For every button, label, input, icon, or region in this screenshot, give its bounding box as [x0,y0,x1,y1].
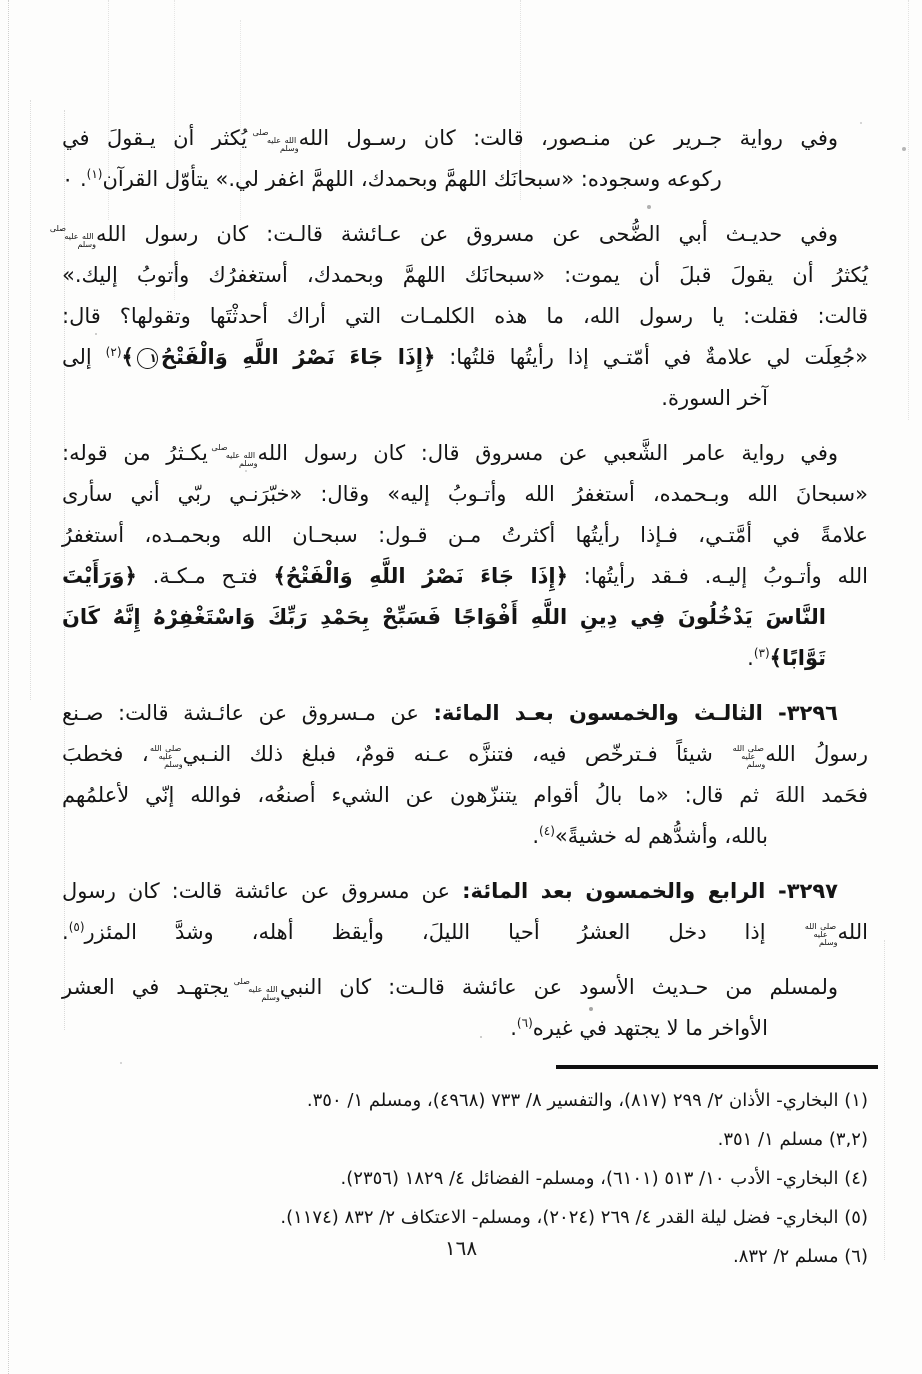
text-line: وفي حديـث أبي الضُّحى عن مسروق عن عـائشة… [62,214,868,255]
text-segment: يُكثرُ أن يقولَ قبلَ أن يموت: «سبحانَك ا… [62,263,868,287]
text-segment: يكـثرُ من قوله: [62,441,224,465]
paragraph: ٣٢٩٧- الرابع والخمسون بعد المائة: عن مسر… [62,871,868,953]
text-line: علامةً في أمَّتـي، فـإذا رأيتُها أكثرتُ … [62,515,868,556]
saw-honorific-icon: صلى الله عليه وسلم [731,745,765,769]
text-line: اللهصلى الله عليه وسلم إذا دخل العشرُ أح… [62,912,868,953]
footnote-marker: (٥) [69,920,85,934]
text-segment: إذا دخل العشرُ أحيا الليلَ، وأيقظ أهله، … [85,920,804,944]
scan-artifact [8,0,9,1374]
text-line: النَّاسَ يَدْخُلُونَ فِي دِينِ اللَّهِ أ… [62,597,868,679]
footnote: (٥) البخاري- فضل ليلة القدر ٤/ ٢٦٩ (٢٠٢٤… [62,1198,868,1237]
quran-verse: ﴿وَرَأَيْتَ [62,564,137,588]
saw-honorific-icon: صلى الله عليه وسلم [149,745,183,769]
text-segment: وفي رواية عامر الشَّعبي عن مسروق قال: كا… [258,441,838,465]
footnote-marker: (٦) [517,1016,533,1030]
text-line: بالله، وأشدُّهم له خشيةً»(٤). [62,816,868,857]
text-segment: الله [838,920,868,944]
footnote-marker: (١) [87,167,103,181]
text-line: الله وأتـوبُ إليـه. فـقد رأيتُها: ﴿إِذَا… [62,556,868,597]
text-segment: يُكثر أن يـقولَ في [62,126,265,150]
text-segment: ، فخطبَ [62,742,149,766]
hadith-number-title: ٣٢٩٦- الثالـث والخمسون بعـد المائة: [433,701,838,725]
text-segment: وفي رواية جـرير عن منـصور، قالت: كان رسـ… [299,126,838,150]
footnote: (١) البخاري- الأذان ٢/ ٢٩٩ (٨١٧)، والتفس… [62,1081,868,1120]
scan-artifact [884,940,885,1260]
text-segment: ركوعه وسجوده: «سبحانَك اللهمَّ وبحمدك، ا… [102,167,721,191]
text-line: ركوعه وسجوده: «سبحانَك اللهمَّ وبحمدك، ا… [62,159,868,200]
footnote-marker: (٤) [539,824,555,838]
scan-artifact [0,0,2,2]
text-segment: علامةً في أمَّتـي، فـإذا رأيتُها أكثرتُ … [62,523,868,547]
text-segment: قالت: فقلت: يا رسول الله، ما هذه الكلمـا… [62,304,868,328]
page-number: ١٦٨ [0,1236,922,1260]
saw-honorific-icon: صلى الله عليه وسلم [246,978,280,1002]
text-line: ٣٢٩٦- الثالـث والخمسون بعـد المائة: عن م… [62,693,868,734]
scan-artifact [908,0,909,420]
text-segment: بالله، وأشدُّهم له خشيةً» [555,824,768,848]
text-segment: عن مسروق عن عائشة قالت: كان رسول [62,879,462,903]
text-segment: الأواخر ما لا يجتهد في غيره [533,1016,768,1040]
paragraph: ولمسلم من حـديث الأسود عن عائشة قالـت: ك… [62,967,868,1049]
text-segment: إلى [62,345,106,369]
text-line: ولمسلم من حـديث الأسود عن عائشة قالـت: ك… [62,967,868,1008]
scan-artifact [30,100,31,700]
paragraph: وفي حديـث أبي الضُّحى عن مسروق عن عـائشة… [62,214,868,419]
saw-honorific-icon: صلى الله عليه وسلم [62,225,96,249]
saw-honorific-icon: صلى الله عليه وسلم [804,923,838,947]
text-line: وفي رواية جـرير عن منـصور، قالت: كان رسـ… [62,118,868,159]
paragraph: وفي رواية عامر الشَّعبي عن مسروق قال: كا… [62,433,868,679]
ayah-number-badge: ١ [137,348,158,369]
text-line: الأواخر ما لا يجتهد في غيره(٦). [62,1008,868,1049]
text-segment: ولمسلم من حـديث الأسود عن عائشة قالـت: ك… [280,975,838,999]
quran-verse: ﴾ [122,345,134,369]
text-segment: الله وأتـوبُ إليـه. فـقد رأيتُها: [568,564,868,588]
page-content: وفي رواية جـرير عن منـصور، قالت: كان رسـ… [62,118,868,1276]
text-line: ٣٢٩٧- الرابع والخمسون بعد المائة: عن مسر… [62,871,868,912]
body-text: وفي رواية جـرير عن منـصور، قالت: كان رسـ… [62,118,868,1049]
hadith-number-title: ٣٢٩٧- الرابع والخمسون بعد المائة: [462,879,838,903]
text-line: وفي رواية عامر الشَّعبي عن مسروق قال: كا… [62,433,868,474]
text-segment: «سبحانَ الله وبـحمده، أستغفرُ الله وأتـو… [62,482,868,506]
saw-honorific-icon: صلى الله عليه وسلم [265,129,299,153]
quran-verse: ﴿إِذَا جَاءَ نَصْرُ اللَّهِ وَالْفَتْحُ [161,345,435,369]
text-segment: . [510,1016,517,1040]
footnote-marker: (٣) [754,646,770,660]
paragraph: وفي رواية جـرير عن منـصور، قالت: كان رسـ… [62,118,868,200]
text-segment: يجتهـد في العشر [62,975,246,999]
text-segment: فتـح مـكـة. [137,564,274,588]
text-line: «سبحانَ الله وبـحمده، أستغفرُ الله وأتـو… [62,474,868,515]
footnote-marker: (٢) [106,345,122,359]
footnote: (٣,٢) مسلم ١/ ٣٥١. [62,1120,868,1159]
saw-honorific-icon: صلى الله عليه وسلم [224,444,258,468]
text-line: «جُعِلَت لي علامةٌ في أمّتـي إذا رأيتُها… [62,337,868,378]
text-line: يُكثرُ أن يقولَ قبلَ أن يموت: «سبحانَك ا… [62,255,868,296]
text-segment: فحَمد اللهَ ثم قال: «ما بالُ أقوام يتنزّ… [62,783,868,807]
text-segment: . [62,920,69,944]
text-segment: رسولُ الله [765,742,868,766]
text-line: فحَمد اللهَ ثم قال: «ما بالُ أقوام يتنزّ… [62,775,868,816]
footnote-separator [556,1065,878,1069]
paragraph: ٣٢٩٦- الثالـث والخمسون بعـد المائة: عن م… [62,693,868,857]
text-line: رسولُ اللهصلى الله عليه وسلم شيئاً فـترخ… [62,734,868,775]
text-segment: . [747,646,754,670]
footnote: (٤) البخاري- الأدب ١٠/ ٥١٣ (٦١٠١)، ومسلم… [62,1159,868,1198]
book-page: وفي رواية جـرير عن منـصور، قالت: كان رسـ… [0,0,922,1374]
text-segment: شيئاً فـترخّص فيه، فتنزَّه عـنه قومٌ، فب… [183,742,732,766]
text-segment: عن مـسروق عن عائـشة قالت: صـنع [62,701,433,725]
text-segment: . ٠ [62,167,87,191]
text-line: قالت: فقلت: يا رسول الله، ما هذه الكلمـا… [62,296,868,337]
text-segment: «جُعِلَت لي علامةٌ في أمّتـي إذا رأيتُها… [435,345,868,369]
text-segment: وفي حديـث أبي الضُّحى عن مسروق عن عـائشة… [96,222,838,246]
quran-verse: النَّاسَ يَدْخُلُونَ فِي دِينِ اللَّهِ أ… [62,605,826,670]
text-line: آخر السورة. [62,378,868,419]
text-segment: آخر السورة. [661,386,768,410]
quran-verse: ﴿إِذَا جَاءَ نَصْرُ اللَّهِ وَالْفَتْحُ﴾ [273,564,567,588]
